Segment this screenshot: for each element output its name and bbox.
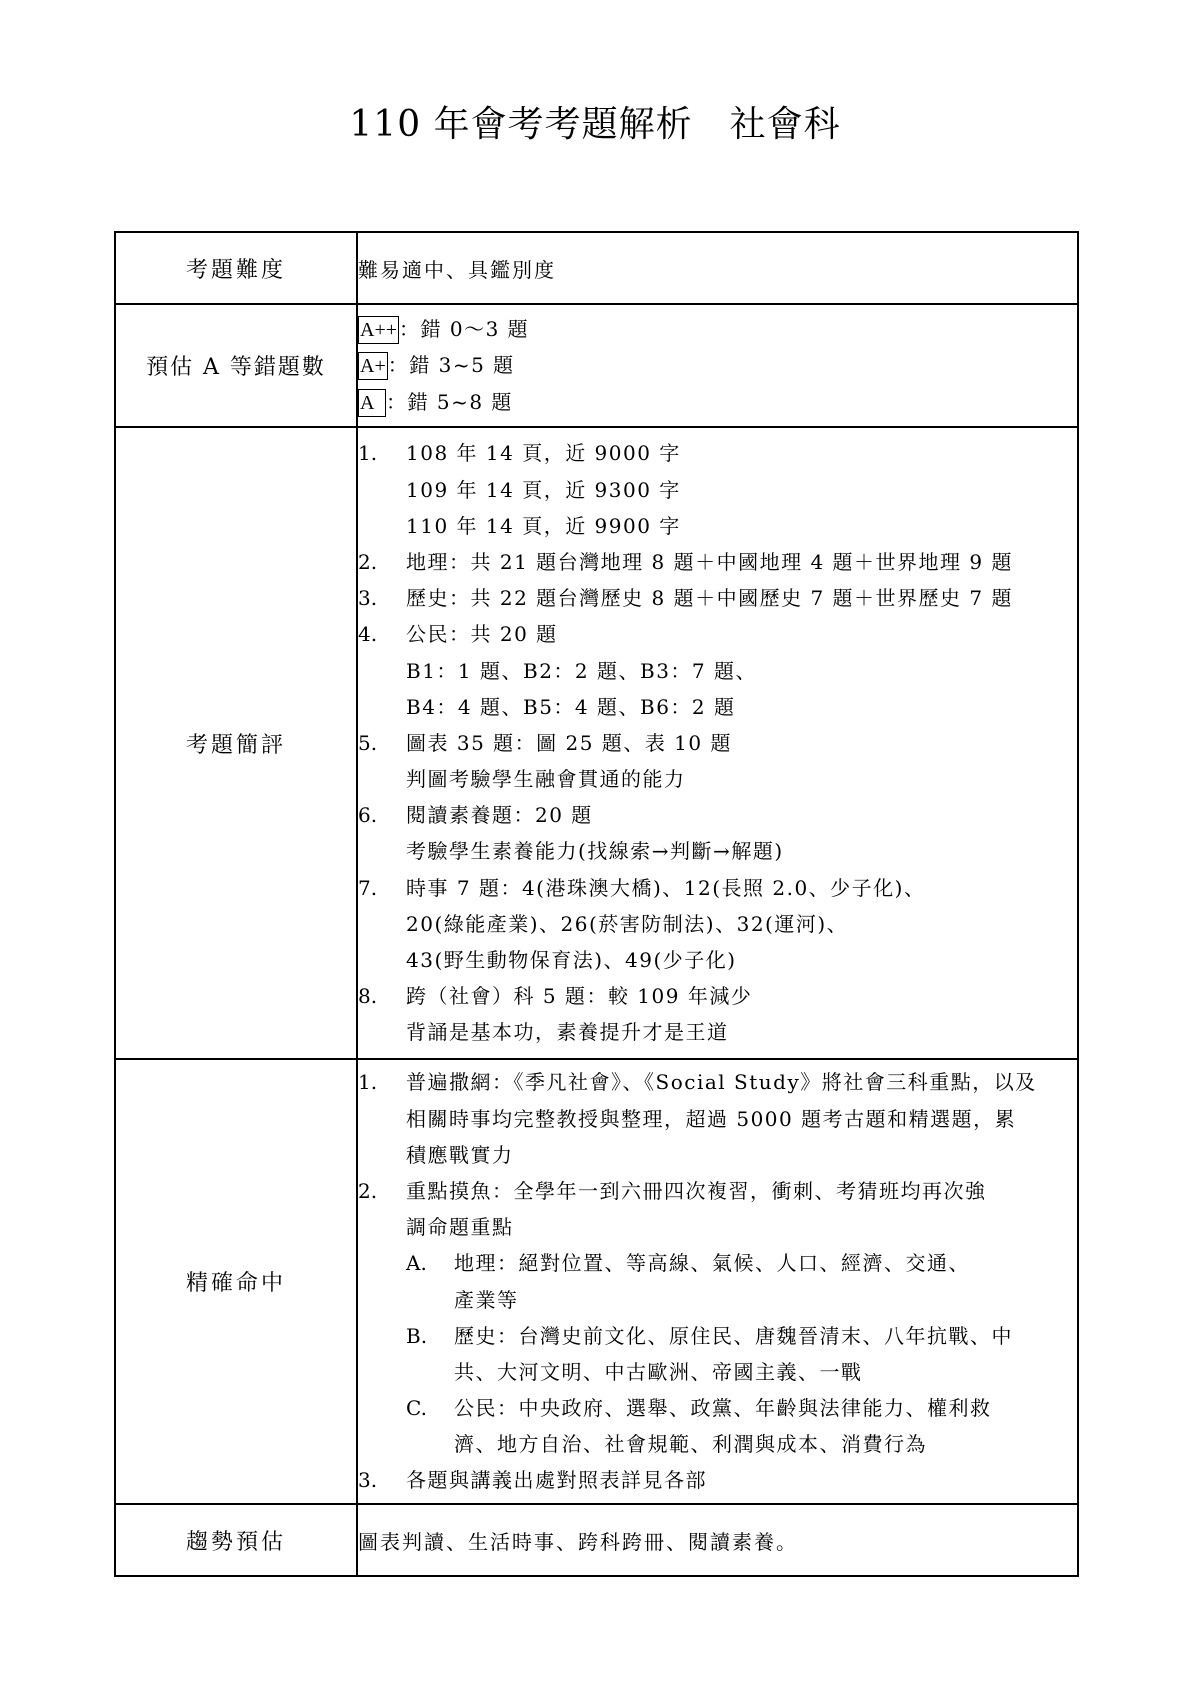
list-text: 20(綠能產業)、26(菸害防制法)、32(運河)、 <box>406 912 848 936</box>
trend-label: 趨勢預估 <box>115 1504 357 1576</box>
list-line: 4.公民：共 20 題 <box>358 616 1077 652</box>
list-text: 43(野生動物保育法)、49(少子化) <box>406 948 737 972</box>
list-line: 109 年 14 頁，近 9300 字 <box>358 472 1077 508</box>
list-number: 3. <box>358 580 406 616</box>
trend-value: 圖表判讀、生活時事、跨科跨冊、閱讀素養。 <box>357 1504 1078 1576</box>
list-line: C.公民：中央政府、選舉、政黨、年齡與法律能力、權利救 <box>358 1390 1077 1426</box>
list-line: 積應戰實力 <box>358 1137 1077 1173</box>
list-line: 43(野生動物保育法)、49(少子化) <box>358 942 1077 978</box>
page-title: 110 年會考考題解析 社會科 <box>0 96 1190 147</box>
list-number: 5. <box>358 725 406 761</box>
list-number: 1. <box>358 435 406 471</box>
list-line: 3.各題與講義出處對照表詳見各部 <box>358 1462 1077 1498</box>
estimate-value: A++：錯 0～3 題 A+：錯 3~5 題 A ：錯 5~8 題 <box>357 304 1078 427</box>
list-text: 積應戰實力 <box>406 1143 514 1167</box>
list-line: 6.閱讀素養題：20 題 <box>358 797 1077 833</box>
row-review: 考題簡評 1.108 年 14 頁，近 9000 字109 年 14 頁，近 9… <box>115 427 1078 1059</box>
list-line: 考驗學生素養能力(找線索→判斷→解題) <box>358 833 1077 869</box>
list-number: 2. <box>358 544 406 580</box>
list-line: 2.地理：共 21 題台灣地理 8 題＋中國地理 4 題＋世界地理 9 題 <box>358 544 1077 580</box>
list-line: 2.重點摸魚：全學年一到六冊四次複習，衝刺、考猜班均再次強 <box>358 1173 1077 1209</box>
list-number: A. <box>406 1245 454 1281</box>
list-line: 產業等 <box>358 1282 1077 1318</box>
list-line: 相關時事均完整教授與整理，超過 5000 題考古題和精選題，累 <box>358 1101 1077 1137</box>
list-line: B1：1 題、B2：2 題、B3：7 題、 <box>358 653 1077 689</box>
list-line: 共、大河文明、中古歐洲、帝國主義、一戰 <box>358 1354 1077 1390</box>
list-text: 各題與講義出處對照表詳見各部 <box>406 1468 707 1492</box>
list-text: 公民：共 20 題 <box>406 622 558 646</box>
list-line: 調命題重點 <box>358 1209 1077 1245</box>
review-label: 考題簡評 <box>115 427 357 1059</box>
list-text: 108 年 14 頁，近 9000 字 <box>406 441 681 465</box>
list-text: 歷史：共 22 題台灣歷史 8 題＋中國歷史 7 題＋世界歷史 7 題 <box>406 586 1013 610</box>
grade-box: A <box>358 389 386 417</box>
list-number: 4. <box>358 616 406 652</box>
list-line: B.歷史：台灣史前文化、原住民、唐魏晉清末、八年抗戰、中 <box>358 1318 1077 1354</box>
list-text: 背誦是基本功，素養提升才是王道 <box>406 1020 729 1044</box>
difficulty-label: 考題難度 <box>115 232 357 304</box>
difficulty-value: 難易適中、具鑑別度 <box>357 232 1078 304</box>
list-number: B. <box>406 1318 454 1354</box>
precision-label: 精確命中 <box>115 1059 357 1504</box>
list-line: 1.普遍撒網：《季凡社會》、《Social Study》將社會三科重點，以及 <box>358 1064 1077 1100</box>
difficulty-text: 難易適中、具鑑別度 <box>358 258 556 282</box>
list-text: 判圖考驗學生融會貫通的能力 <box>406 767 686 791</box>
estimate-item: A++：錯 0～3 題 <box>358 311 1077 347</box>
row-difficulty: 考題難度 難易適中、具鑑別度 <box>115 232 1078 304</box>
list-number: 3. <box>358 1462 406 1498</box>
list-number: 6. <box>358 797 406 833</box>
list-text: 產業等 <box>454 1288 519 1312</box>
list-text: 相關時事均完整教授與整理，超過 5000 題考古題和精選題，累 <box>406 1107 1016 1131</box>
list-text: 共、大河文明、中古歐洲、帝國主義、一戰 <box>454 1360 863 1384</box>
list-text: 時事 7 題：4(港珠澳大橋)、12(長照 2.0、少子化)、 <box>406 876 926 900</box>
list-line: 3.歷史：共 22 題台灣歷史 8 題＋中國歷史 7 題＋世界歷史 7 題 <box>358 580 1077 616</box>
list-text: B1：1 題、B2：2 題、B3：7 題、 <box>406 659 757 683</box>
row-precision: 精確命中 1.普遍撒網：《季凡社會》、《Social Study》將社會三科重點… <box>115 1059 1078 1504</box>
estimate-label: 預估 A 等錯題數 <box>115 304 357 427</box>
list-text: 110 年 14 頁，近 9900 字 <box>406 514 681 538</box>
estimate-text: ：錯 0～3 題 <box>399 317 529 341</box>
list-number: 1. <box>358 1064 406 1100</box>
list-line: B4：4 題、B5：4 題、B6：2 題 <box>358 689 1077 725</box>
list-number: 8. <box>358 978 406 1014</box>
list-text: 普遍撒網：《季凡社會》、《Social Study》將社會三科重點，以及 <box>406 1070 1037 1094</box>
list-text: 地理：絕對位置、等高線、氣候、人口、經濟、交通、 <box>454 1251 970 1275</box>
estimate-text: ：錯 5~8 題 <box>386 390 513 414</box>
list-text: 調命題重點 <box>406 1215 514 1239</box>
list-line: A.地理：絕對位置、等高線、氣候、人口、經濟、交通、 <box>358 1245 1077 1281</box>
list-line: 20(綠能產業)、26(菸害防制法)、32(運河)、 <box>358 906 1077 942</box>
precision-value: 1.普遍撒網：《季凡社會》、《Social Study》將社會三科重點，以及相關… <box>357 1059 1078 1504</box>
list-number: C. <box>406 1390 454 1426</box>
estimate-item: A+：錯 3~5 題 <box>358 347 1077 383</box>
list-line: 7.時事 7 題：4(港珠澳大橋)、12(長照 2.0、少子化)、 <box>358 870 1077 906</box>
list-number: 7. <box>358 870 406 906</box>
list-text: 濟、地方自治、社會規範、利潤與成本、消費行為 <box>454 1432 927 1456</box>
row-trend: 趨勢預估 圖表判讀、生活時事、跨科跨冊、閱讀素養。 <box>115 1504 1078 1576</box>
list-line: 8.跨（社會）科 5 題：較 109 年減少 <box>358 978 1077 1014</box>
list-line: 1.108 年 14 頁，近 9000 字 <box>358 435 1077 471</box>
row-estimate: 預估 A 等錯題數 A++：錯 0～3 題 A+：錯 3~5 題 A ：錯 5~… <box>115 304 1078 427</box>
list-text: 公民：中央政府、選舉、政黨、年齡與法律能力、權利救 <box>454 1396 992 1420</box>
list-text: 跨（社會）科 5 題：較 109 年減少 <box>406 984 752 1008</box>
list-line: 判圖考驗學生融會貫通的能力 <box>358 761 1077 797</box>
estimate-item: A ：錯 5~8 題 <box>358 384 1077 420</box>
trend-text: 圖表判讀、生活時事、跨科跨冊、閱讀素養。 <box>358 1530 798 1554</box>
list-text: 地理：共 21 題台灣地理 8 題＋中國地理 4 題＋世界地理 9 題 <box>406 550 1013 574</box>
grade-box: A++ <box>358 316 399 344</box>
list-line: 5.圖表 35 題：圖 25 題、表 10 題 <box>358 725 1077 761</box>
grade-box: A+ <box>358 352 388 380</box>
list-line: 110 年 14 頁，近 9900 字 <box>358 508 1077 544</box>
estimate-text: ：錯 3~5 題 <box>388 353 515 377</box>
list-text: 109 年 14 頁，近 9300 字 <box>406 478 681 502</box>
list-text: 考驗學生素養能力(找線索→判斷→解題) <box>406 839 784 863</box>
analysis-table: 考題難度 難易適中、具鑑別度 預估 A 等錯題數 A++：錯 0～3 題 A+：… <box>114 231 1079 1577</box>
list-text: 閱讀素養題：20 題 <box>406 803 593 827</box>
review-value: 1.108 年 14 頁，近 9000 字109 年 14 頁，近 9300 字… <box>357 427 1078 1059</box>
list-text: 重點摸魚：全學年一到六冊四次複習，衝刺、考猜班均再次強 <box>406 1179 987 1203</box>
list-line: 濟、地方自治、社會規範、利潤與成本、消費行為 <box>358 1426 1077 1462</box>
list-text: 圖表 35 題：圖 25 題、表 10 題 <box>406 731 732 755</box>
list-text: 歷史：台灣史前文化、原住民、唐魏晉清末、八年抗戰、中 <box>454 1324 1013 1348</box>
list-line: 背誦是基本功，素養提升才是王道 <box>358 1014 1077 1050</box>
list-text: B4：4 題、B5：4 題、B6：2 題 <box>406 695 736 719</box>
list-number: 2. <box>358 1173 406 1209</box>
